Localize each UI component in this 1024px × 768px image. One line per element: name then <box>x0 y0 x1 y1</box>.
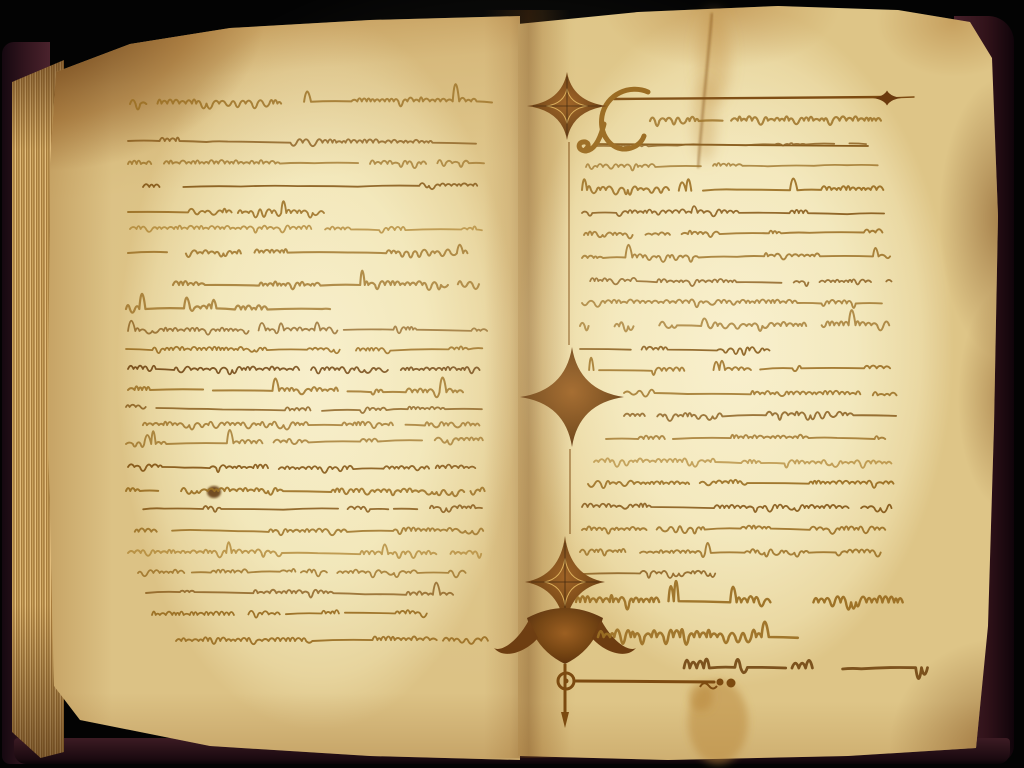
script-line <box>650 116 881 126</box>
script-line <box>128 366 480 375</box>
photo-antique-manuscript-book <box>0 0 1024 768</box>
script-line <box>128 321 487 335</box>
bottom-rule-blob <box>717 679 724 686</box>
stains-layer <box>207 10 748 764</box>
script-line <box>135 527 483 535</box>
script-line <box>580 543 881 557</box>
fleur-finial-body <box>527 608 603 664</box>
script-line <box>582 206 884 216</box>
script-line <box>143 422 479 430</box>
star-middle <box>520 347 624 447</box>
script-line <box>624 390 897 397</box>
script-line <box>588 480 893 488</box>
script-line <box>126 405 482 413</box>
script-line <box>126 346 482 353</box>
script-line <box>138 569 466 577</box>
script-line <box>624 412 896 421</box>
script-line <box>128 542 481 558</box>
script-line <box>128 160 484 168</box>
script-line <box>582 178 883 194</box>
ornaments-layer <box>494 72 914 728</box>
fleur-left-horn <box>494 620 538 654</box>
script-line <box>128 201 324 217</box>
script-line <box>580 347 770 355</box>
script-line <box>126 488 485 497</box>
script-line <box>590 278 891 286</box>
script-line <box>130 226 482 233</box>
script-line <box>586 163 878 170</box>
script-line <box>582 300 882 308</box>
left-page-script-layer <box>126 84 492 644</box>
fleur-stem-tip <box>561 712 569 728</box>
script-line <box>598 622 798 645</box>
script-line <box>146 583 453 598</box>
manuscript-ink-artwork <box>0 0 1024 768</box>
script-line <box>176 637 488 645</box>
script-line <box>143 183 477 189</box>
right-page-script-layer <box>580 116 897 578</box>
ink-blot <box>207 486 221 498</box>
script-line <box>589 358 890 375</box>
script-line <box>143 505 482 512</box>
script-line <box>684 659 927 679</box>
script-line <box>606 435 885 439</box>
script-line <box>126 294 330 313</box>
script-line <box>128 245 467 258</box>
script-line <box>584 229 882 238</box>
signatures-layer <box>576 581 927 679</box>
script-line <box>128 464 475 473</box>
script-line <box>582 526 892 534</box>
script-line <box>582 504 891 513</box>
heading-rule-diamond-finial <box>873 91 901 106</box>
script-line <box>128 138 476 147</box>
heading-rule <box>614 97 886 99</box>
script-line <box>173 271 479 290</box>
bottom-rule-blob <box>727 679 736 688</box>
script-line <box>128 377 463 397</box>
bottom-rule <box>576 681 714 682</box>
script-line <box>152 610 441 618</box>
script-line <box>582 245 890 262</box>
script-line <box>130 84 492 109</box>
script-line <box>576 581 903 609</box>
script-line <box>594 458 891 468</box>
script-line <box>580 310 889 331</box>
script-line <box>126 430 483 447</box>
knot-center <box>564 679 569 684</box>
script-line <box>582 571 715 578</box>
